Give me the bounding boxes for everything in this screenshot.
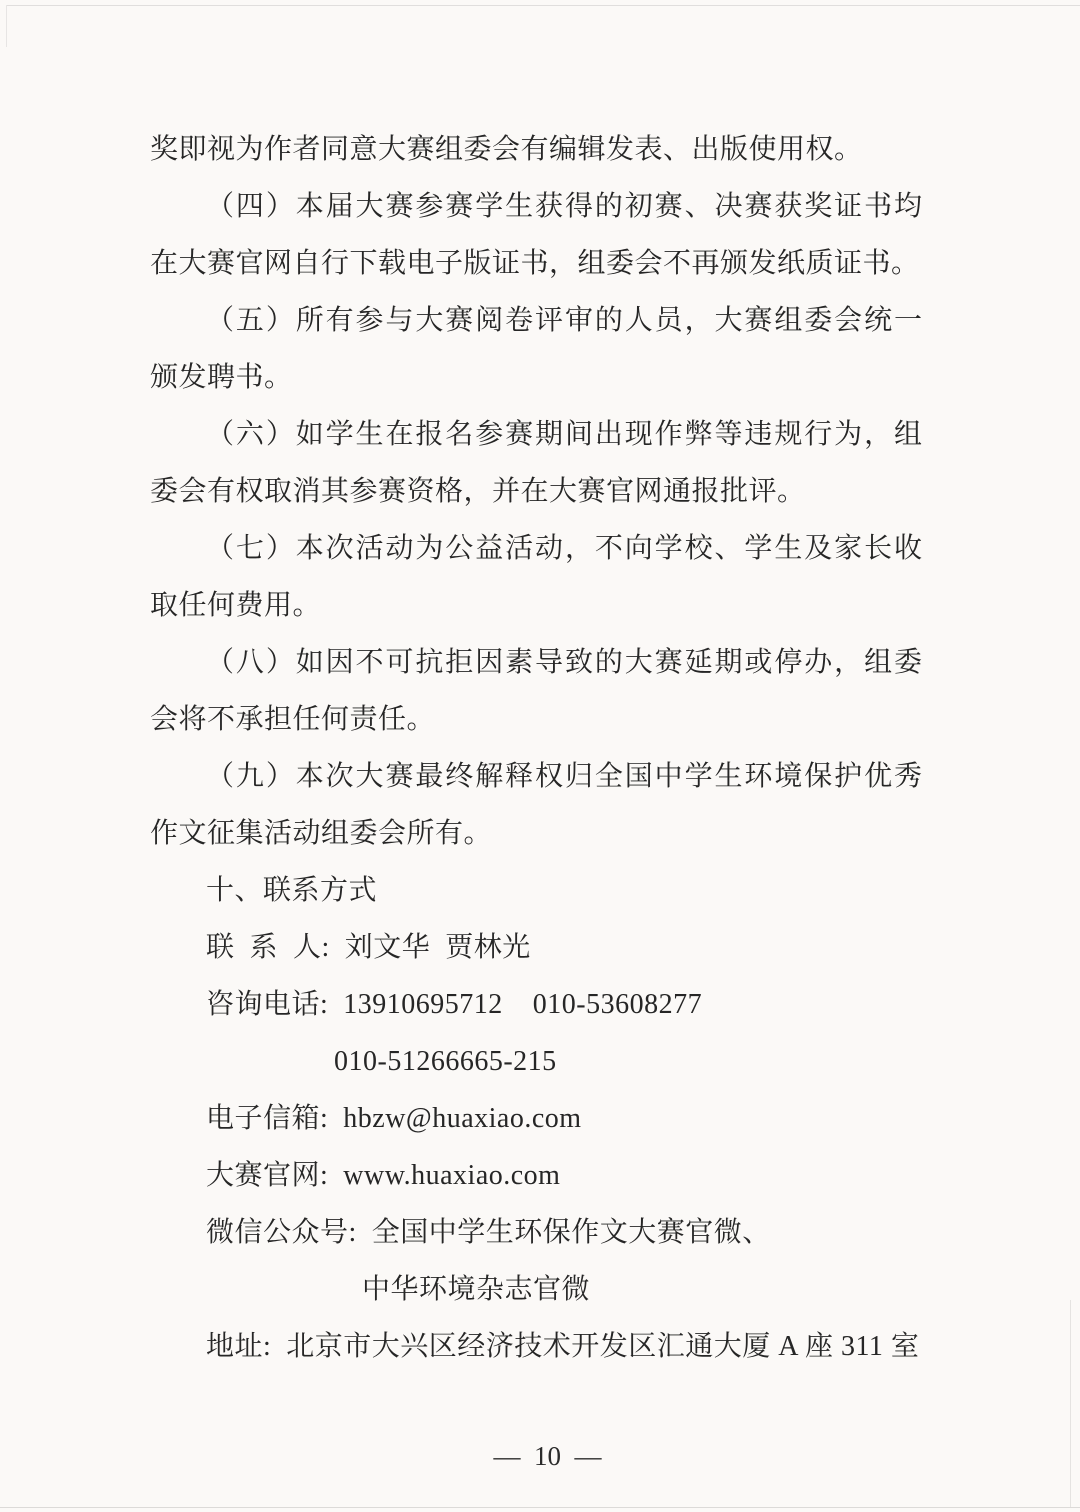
doc-line-clause-9-start: （九）本次大赛最终解释权归全国中学生环境保护优秀 — [150, 748, 922, 805]
doc-line-clause-5-start: （五）所有参与大赛阅卷评审的人员，大赛组委会统一 — [150, 292, 922, 349]
scanned-document-page: 奖即视为作者同意大赛组委会有编辑发表、出版使用权。 （四）本届大赛参赛学生获得的… — [0, 0, 1080, 1512]
page-number: — 10 — — [494, 1441, 602, 1471]
doc-line-clause-6-cont: 委会有权取消其参赛资格，并在大赛官网通报批评。 — [150, 463, 922, 520]
doc-line-contact-person: 联 系 人: 刘文华 贾林光 — [150, 919, 922, 976]
page-footer: — 10 — — [0, 1396, 1068, 1512]
doc-line-wechat: 微信公众号: 全国中学生环保作文大赛官微、 — [150, 1204, 922, 1261]
doc-line-clause-9-cont: 作文征集活动组委会所有。 — [150, 805, 922, 862]
doc-line-email: 电子信箱: hbzw@huaxiao.com — [150, 1090, 922, 1147]
doc-line-clause-7-cont: 取任何费用。 — [150, 577, 922, 634]
doc-line-website: 大赛官网: www.huaxiao.com — [150, 1147, 922, 1204]
doc-line-clause-7-start: （七）本次活动为公益活动，不向学校、学生及家长收 — [150, 520, 922, 577]
scan-edge-top — [6, 5, 1080, 6]
doc-line-clause-6-start: （六）如学生在报名参赛期间出现作弊等违规行为，组 — [150, 406, 922, 463]
doc-line-clause-8-start: （八）如因不可抗拒因素导致的大赛延期或停办，组委 — [150, 634, 922, 691]
doc-line-clause-8-cont: 会将不承担任何责任。 — [150, 691, 922, 748]
doc-line-address: 地址: 北京市大兴区经济技术开发区汇通大厦 A 座 311 室 — [150, 1318, 922, 1375]
document-body: 奖即视为作者同意大赛组委会有编辑发表、出版使用权。 （四）本届大赛参赛学生获得的… — [150, 121, 922, 1375]
doc-line-clause-4-start: （四）本届大赛参赛学生获得的初赛、决赛获奖证书均 — [150, 178, 922, 235]
scan-edge-right — [1070, 1300, 1071, 1508]
doc-line-wechat-cont: 中华环境杂志官微 — [150, 1261, 922, 1318]
scan-edge-left — [6, 5, 7, 47]
doc-line-clause-5-cont: 颁发聘书。 — [150, 349, 922, 406]
doc-line-copyright-cont: 奖即视为作者同意大赛组委会有编辑发表、出版使用权。 — [150, 121, 922, 178]
doc-line-section-10-title: 十、联系方式 — [150, 862, 922, 919]
doc-line-phone: 咨询电话: 13910695712 010-53608277 — [150, 976, 922, 1033]
doc-line-clause-4-cont: 在大赛官网自行下载电子版证书，组委会不再颁发纸质证书。 — [150, 235, 922, 292]
doc-line-phone-cont: 010-51266665-215 — [150, 1033, 922, 1090]
